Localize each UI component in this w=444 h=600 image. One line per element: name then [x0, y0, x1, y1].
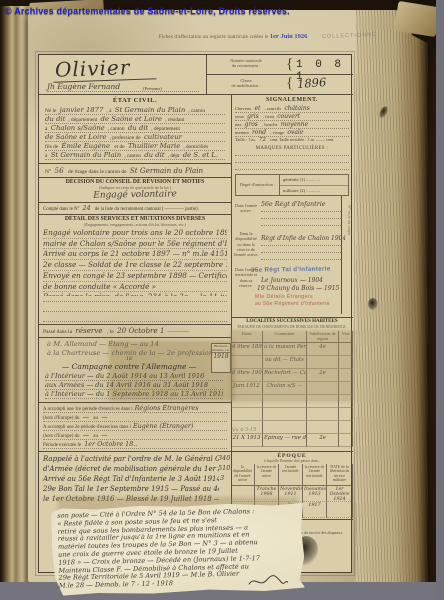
- printed-text: ————: [168, 329, 190, 335]
- text-line: 29e Bon Tal le 1er Septembre 1915 — Pass…: [43, 484, 219, 494]
- table-cell: [339, 421, 353, 434]
- table-cell: la disponibilité de l'armée active: [231, 464, 255, 486]
- table-cell: DATE de la libération du service militai…: [327, 464, 353, 486]
- printed-text: A accompli une 2e période d'exercices da…: [43, 425, 131, 430]
- printed-text: et de: [113, 144, 126, 150]
- printed-text: Compté dans le N°: [43, 207, 81, 212]
- periode-line: Période exécutée le 1er Octobre 18..: [43, 440, 227, 449]
- detail-subtitle: (Engagements, rengagements, actions d'éc…: [39, 222, 231, 227]
- text-line: 2e classe — Soldat de 1re classe le 22 s…: [43, 260, 227, 271]
- printed-text: , canton: [188, 108, 205, 114]
- signalement-line: Cheveux et , sourcils châtains: [235, 105, 349, 113]
- blank-ruled-line: [43, 301, 227, 302]
- narrow-column-vertical-label: N° m.le au corps: [342, 205, 352, 305]
- table-cell: Insoumission 1913: [303, 486, 327, 502]
- section-divider: [39, 324, 231, 325]
- blank-ruled-line: [235, 169, 349, 170]
- classe-label: Classe de mobilisation :: [208, 78, 284, 89]
- printed-text: , à: [106, 108, 112, 114]
- handwritten-text: —: [83, 431, 89, 439]
- printed-text: Passé dans la: [43, 329, 73, 335]
- signalement-line: nez gros , bouche moyenne: [235, 121, 349, 129]
- prenoms-ruled-line: [47, 91, 199, 92]
- brace-glyph: {: [286, 56, 293, 73]
- archival-scan: Fiches d'affectation au registre matricu…: [0, 0, 444, 600]
- section-divider: [39, 402, 231, 403]
- etat-civil-line: à St Germain du Plain, canton du dit, dé…: [45, 151, 225, 160]
- printed-text: A accompli une 1re période d'exercices d…: [43, 407, 133, 412]
- printed-text: Né le: [45, 108, 58, 114]
- table-cell: [263, 408, 307, 421]
- campagne-side-box: Blessures, citations, etc. 1918: [211, 343, 231, 373]
- scan-background-right: [436, 0, 444, 600]
- printed-text: (hors d'Europe) du: [43, 434, 81, 439]
- handwritten-text: Régions Étrangères: [135, 404, 199, 412]
- printed-text: , front: [262, 114, 276, 119]
- taille-line: Taille : 1 m. 72 cent. Taille rectifiée …: [235, 137, 349, 145]
- handwritten-text: moyenne: [281, 121, 308, 128]
- table-cell: la réserve de l'armée active: [255, 464, 279, 486]
- handwritten-text: 56: [55, 166, 64, 175]
- signalement-title: SIGNALEMENT.: [231, 97, 353, 103]
- classe-label-line2: de mobilisation :: [208, 83, 284, 88]
- red-stamp-line-1: Mle Détails Étrangers: [255, 294, 351, 300]
- header-stamp-date: 1er Juin 1926: [270, 33, 307, 40]
- handwritten-text: —: [101, 413, 107, 421]
- signalement-line: yeux gris , front couvert: [235, 113, 349, 121]
- printed-text: , domiciliés: [183, 144, 208, 150]
- instruction-label: Degré d'instruction :: [236, 175, 280, 195]
- campagne-line: à l'Intérieur — du 2 Août 1914 au 13 Avr…: [45, 372, 223, 381]
- printed-text: au: [92, 434, 99, 439]
- handwritten-text: châtains: [284, 105, 310, 112]
- etat-civil-line: à Chalon s/Saône, canton du dit, départe…: [45, 124, 225, 133]
- margin-number: 3: [220, 474, 224, 482]
- section-divider: [231, 451, 353, 452]
- disponibilite-value: Régt d'Infie de Chalon 1904: [261, 235, 345, 242]
- margin-number: 510: [218, 464, 230, 472]
- handwritten-text: janvier 1877: [60, 106, 104, 114]
- campagne-heading: — Campagne contre l'Allemagne —: [49, 362, 209, 371]
- handwritten-text: ovale: [287, 129, 303, 136]
- printed-text: , canton: [124, 153, 142, 159]
- handwritten-text: Émile Eugène: [61, 142, 110, 150]
- detail-handwritten-paragraph: Engagé volontaire pour trois ans le 20 o…: [43, 228, 227, 296]
- printed-text: de tirage dans le canton de: [67, 169, 128, 175]
- printed-text: , visage: [269, 130, 285, 135]
- handwritten-text: du dit: [45, 115, 65, 123]
- periode-line: A accompli une 2e période d'exercices da…: [43, 422, 227, 431]
- handwritten-text: St Germain du Plain: [51, 151, 122, 159]
- table-cell: [327, 502, 353, 518]
- table-cell: la réserve de l'armée territoriale: [303, 464, 327, 486]
- printed-text: fils de: [45, 144, 59, 150]
- table-cell: [339, 408, 353, 421]
- printed-text: (hors d'Europe) du: [43, 416, 81, 421]
- printed-text: , canton: [108, 126, 126, 132]
- printed-text: à: [45, 153, 49, 159]
- table-cell: 2e: [307, 434, 339, 447]
- header-stamp-text: Fiches d'affectation au registre matricu…: [159, 34, 269, 40]
- blank-ruled-line: [235, 162, 349, 163]
- table-cell: 1917: [303, 502, 327, 518]
- section-divider: [39, 214, 231, 215]
- handwritten-text: gros: [245, 121, 258, 128]
- text-line: Rappelé à l'activité par l'ordre de M. l…: [43, 454, 219, 464]
- section-divider: [39, 163, 231, 164]
- handwritten-text: rond: [252, 129, 266, 136]
- printed-text: menton: [235, 130, 250, 135]
- page-stack-edge: [356, 10, 428, 582]
- handwritten-text: 24: [83, 205, 91, 212]
- text-line: Engagé volontaire pour trois ans le 20 o…: [43, 228, 227, 239]
- table-cell: [231, 408, 263, 421]
- paper-stain: [230, 330, 354, 402]
- section-divider: [39, 451, 231, 452]
- table-cell: Épinay — rue du Nord — Infie: [263, 434, 307, 447]
- campagne-pre-line: à M. Allemand — Étang — au 14: [47, 340, 223, 348]
- blank-ruled-line: [261, 259, 341, 260]
- printed-text: , profession de: [110, 135, 142, 141]
- text-line: Envoyé en congé le 23 septembre 1898 — C…: [43, 271, 227, 282]
- table-cell: [307, 421, 339, 434]
- printed-text: , résidant: [165, 117, 184, 123]
- armee-active-value: 56e Régt d'Infantrie: [261, 201, 341, 208]
- printed-text: nez: [235, 122, 243, 127]
- periode-line: (hors d'Europe) du — au —: [43, 431, 227, 440]
- classe-number-handwritten: 1896: [297, 75, 327, 91]
- territoriale-handwritten-1: Le Journoux — 1904: [261, 277, 349, 284]
- printed-text: , dépt: [168, 153, 181, 159]
- printed-text: , bouche: [261, 122, 279, 127]
- periode-line: A accompli une 1re période d'exercices d…: [43, 404, 227, 413]
- armee-active-label: Dans l'armée active.: [233, 203, 259, 214]
- side-box-value: 1918: [212, 353, 230, 360]
- brace-glyph: {: [286, 75, 293, 92]
- tirage-line: N° 56 de tirage dans le canton de St Ger…: [45, 166, 227, 176]
- signature-squiggle: [247, 573, 289, 588]
- section-divider: [39, 177, 231, 178]
- instruction-row-militaire: militaire (2) ............: [280, 186, 348, 193]
- red-stamp-line-2: au 56e Régiment d'Infanterie: [255, 301, 351, 307]
- text-line: mairie de Chalon s/Saône pour le 56e rég…: [43, 239, 227, 250]
- form-header-stamp: Fiches d'affectation au registre matricu…: [120, 33, 346, 40]
- table-cell: [307, 408, 339, 421]
- localites-title: LOCALITÉS SUCCESSIVES HABITÉES: [231, 319, 353, 324]
- section-divider: [39, 202, 231, 203]
- handwritten-text: réserve: [75, 326, 102, 335]
- handwritten-text: de Saône et Loire: [45, 133, 107, 141]
- section-divider: [39, 337, 231, 338]
- localites-subtitle: PAR SUITE DE CHANGEMENTS DE DOMICILE OU …: [231, 325, 353, 329]
- instruction-rows: générale (1) ............ militaire (2) …: [280, 175, 348, 195]
- text-line: d'Armée (décret de mobilisation générale…: [43, 464, 219, 474]
- printed-text: Cheveux: [235, 106, 252, 111]
- table-row: 21 X 1913Épinay — rue du Nord — Infie2e: [231, 434, 353, 447]
- table-cell: 1er Octobre 1924: [327, 486, 353, 502]
- table-row: la disponibilité de l'armée activela rés…: [231, 464, 353, 486]
- margin-number: 340: [218, 454, 230, 462]
- campagne-line: à l'Intérieur — du 1 Septembre 1918 au 1…: [45, 390, 223, 399]
- blank-ruled-line: [235, 155, 349, 156]
- table-cell: 21 X 1913: [231, 434, 263, 447]
- handwritten-text: Thuillier Marie: [128, 142, 180, 150]
- printed-text: N°: [45, 169, 53, 175]
- handwritten-text: 1er Octobre 18..: [84, 440, 137, 448]
- compte-line: Compté dans le N° 24 de la liste du recr…: [43, 205, 227, 214]
- matricule-label: Numéro matricule du recrutement :: [208, 58, 284, 69]
- handwritten-text: St Germain du Plain: [115, 106, 186, 114]
- epoque-subtitle: à laquelle l'homme doit passer dans :: [231, 459, 353, 463]
- printed-text: yeux: [235, 114, 245, 119]
- handwritten-text: et: [254, 105, 260, 112]
- green-pencil-note: Vu 4-3-13: [232, 427, 256, 434]
- handwritten-text: —: [101, 431, 107, 439]
- handwritten-text: St Germain du Plain: [130, 166, 203, 175]
- handwritten-text: Chalon s/Saône: [51, 124, 105, 132]
- matricule-label-line2: du recrutement :: [208, 63, 284, 68]
- handwritten-text: 72: [259, 137, 266, 143]
- territorial-regiment-stamp: 35e Régt Tal d'Infanterie: [251, 265, 351, 274]
- blank-ruled-line: [261, 211, 341, 212]
- glued-note: son poste — Cité à l'Ordre N° 54 de la 5…: [51, 502, 305, 596]
- table-row: [231, 408, 353, 421]
- disponibilite-label: Dans la disponibilité ou dans la réserve…: [233, 231, 259, 258]
- printed-text: à: [45, 126, 49, 132]
- etat-civil-title: ÉTAT CIVIL.: [39, 97, 231, 104]
- handwritten-text: 20 Octobre 1: [117, 326, 164, 335]
- blank-ruled-line: [43, 321, 227, 322]
- table-cell: [339, 434, 353, 447]
- marques-label: MARQUES PARTICULIÈRES :: [231, 146, 353, 151]
- printed-text: , département: [68, 117, 98, 123]
- page-curl: [394, 1, 440, 37]
- printed-text: cent. Taille rectifiée : 1 m. —— cent.: [269, 137, 334, 142]
- printed-text: , sourcils: [263, 106, 282, 111]
- ink-fleck: [368, 298, 378, 310]
- handwritten-text: couvert: [277, 113, 300, 120]
- handwritten-text: du dit: [144, 151, 164, 159]
- printed-text: Taille : 1 m.: [235, 137, 257, 142]
- campagne-pre-line: à la Chartreuse — chemin de la — 2e prof…: [47, 349, 223, 357]
- campagne-line: aux Armées — du 14 Avril 1916 au 31 Août…: [45, 381, 223, 390]
- periode-line: (hors d'Europe) du — au —: [43, 413, 227, 422]
- printed-text: de la liste du recrutement cantonal ( ——…: [94, 207, 199, 212]
- handwritten-text: du dit: [128, 124, 148, 132]
- blank-ruled-line: [43, 311, 227, 312]
- text-line: Arrivé au 56e Régt Tal d'Infanterie le 3…: [43, 474, 219, 484]
- blank-ruled-line: [261, 252, 341, 253]
- epoque-header: la disponibilité de l'armée activela rés…: [231, 464, 353, 486]
- section-divider: [231, 317, 353, 318]
- blank-ruled-line: [261, 218, 341, 219]
- handwritten-text: de Saône et Loire: [101, 115, 163, 123]
- etat-civil-line: Né le janvier 1877, à St Germain du Plai…: [45, 106, 225, 115]
- title-row-divider: [39, 94, 353, 95]
- printed-text: , le: [106, 329, 115, 335]
- copyright-banner: © Archives départementales de Saône-et-L…: [5, 6, 290, 16]
- etat-civil-line: fils de Émile Eugène et de Thuillier Mar…: [45, 142, 225, 151]
- printed-text: Période exécutée le: [43, 443, 82, 448]
- text-line: Passé dans la rése. de l'aug. 234 à la 2…: [43, 292, 227, 296]
- etat-civil-line: de Saône et Loire, profession de cultiva…: [45, 133, 225, 142]
- printed-text: au: [92, 416, 99, 421]
- handwritten-text: —: [83, 413, 89, 421]
- matricule-form: Olivier Jh Eugène Fernand (Prénoms) Numé…: [38, 54, 352, 573]
- blank-ruled-line: [261, 245, 341, 246]
- text-line: Arrivé au corps le 21 octobre 1897 — n° …: [43, 249, 227, 260]
- handwritten-text: Eugène (Étranger): [133, 422, 193, 430]
- table-cell: [263, 421, 307, 434]
- territoriale-handwritten-2: 19 Chauny du Bois — 1915: [257, 285, 349, 292]
- printed-text: , département: [151, 126, 180, 132]
- passe-line: Passé dans la réserve , le 20 Octobre 1—…: [43, 326, 227, 336]
- instruction-box: Degré d'instruction : générale (1) .....…: [235, 174, 349, 196]
- blank-ruled-line: [261, 225, 341, 226]
- text-line: de bonne conduite « Accordé »: [43, 282, 227, 293]
- signalement-line: menton rond , visage ovale: [235, 129, 349, 137]
- handwritten-text: cultivateur: [144, 133, 182, 141]
- handwritten-text: gris: [247, 113, 259, 120]
- table-cell: l'armée territoriale: [279, 464, 303, 486]
- decision-value-handwritten: Engagé volontaire: [39, 188, 231, 201]
- handwritten-text: de S. et L.: [183, 151, 218, 159]
- instruction-row-generale: générale (1) ............: [280, 175, 348, 186]
- surname-handwritten: Olivier: [53, 54, 157, 83]
- etat-civil-line: du dit, département de Saône et Loire, r…: [45, 115, 225, 124]
